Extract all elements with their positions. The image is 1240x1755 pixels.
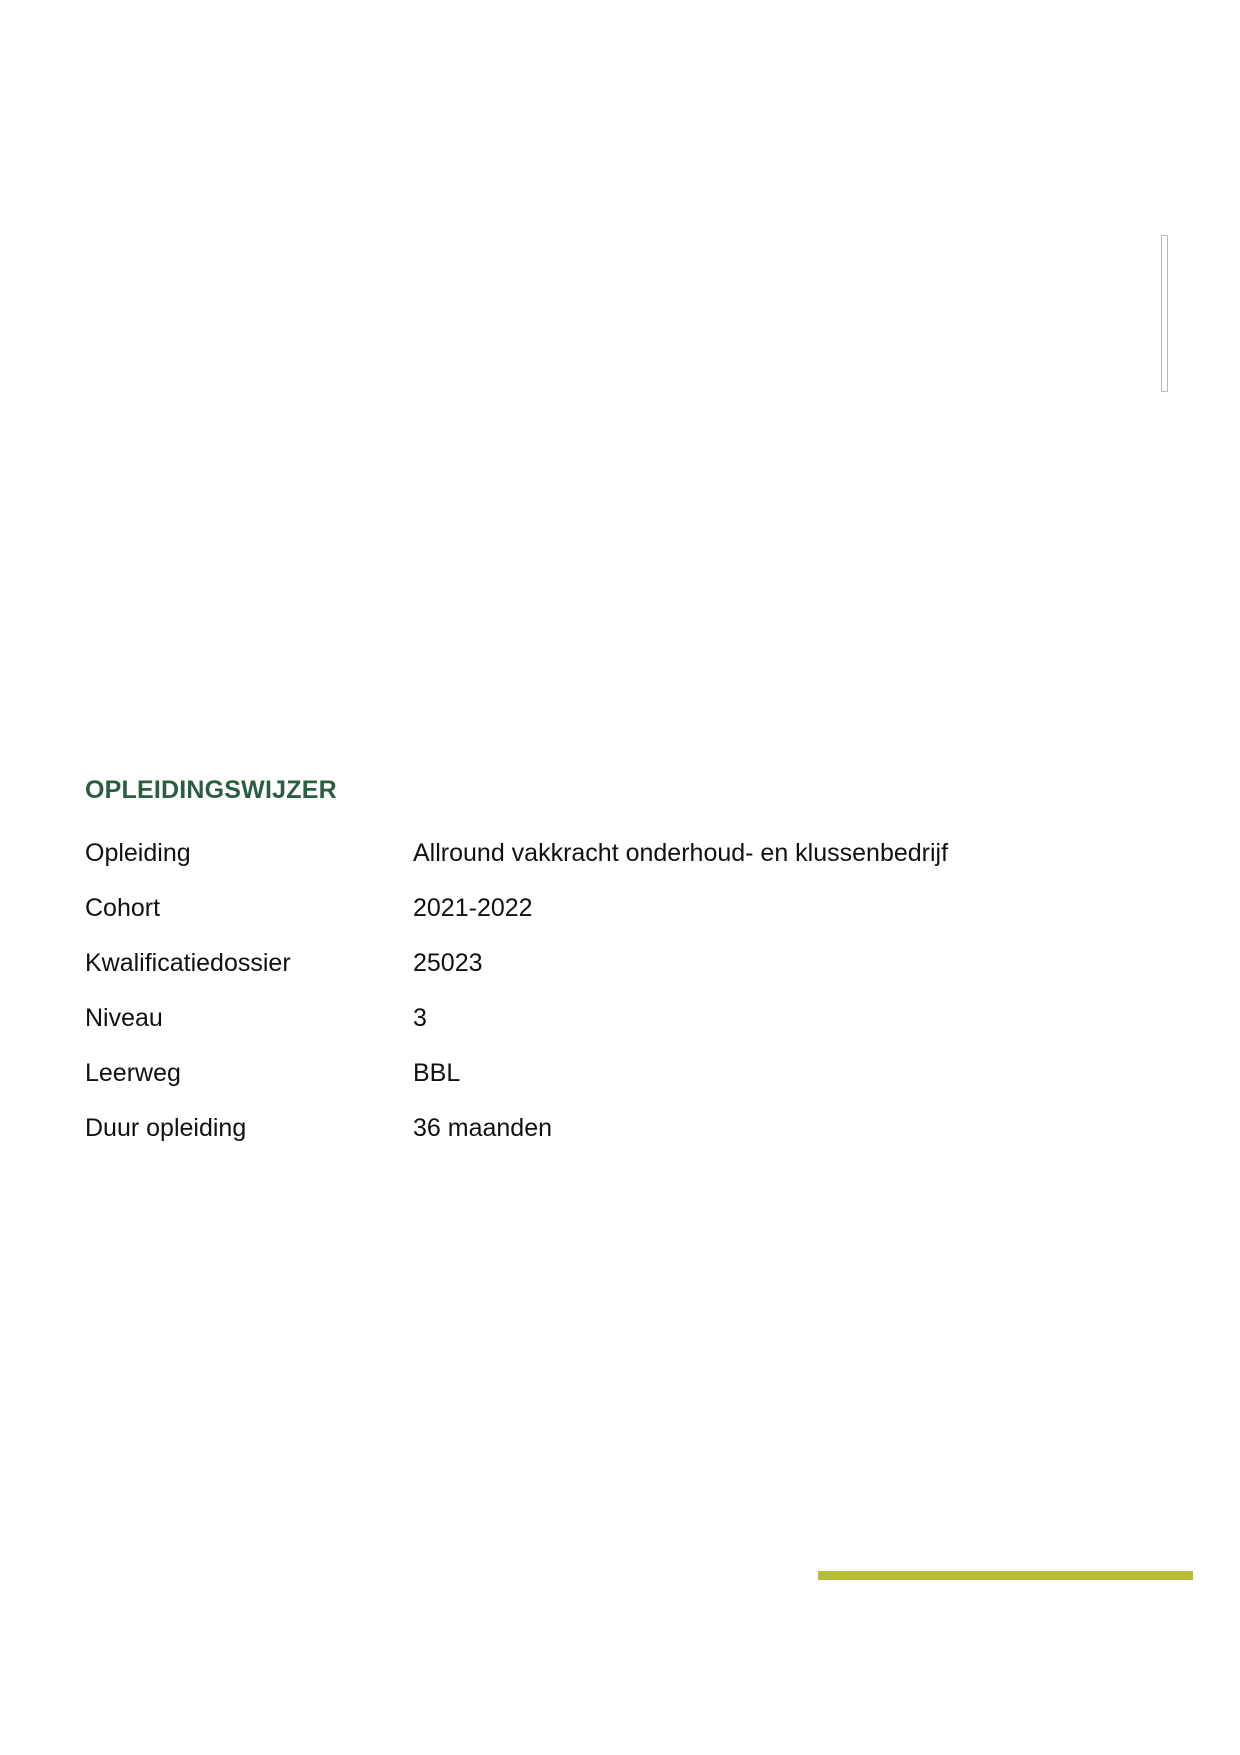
table-row: Opleiding Allround vakkracht onderhoud- … (85, 826, 948, 881)
row-value: Allround vakkracht onderhoud- en klussen… (413, 826, 948, 881)
side-marker (1161, 235, 1168, 392)
row-value: 36 maanden (413, 1101, 948, 1156)
row-label: Leerweg (85, 1046, 413, 1101)
table-row: Leerweg BBL (85, 1046, 948, 1101)
row-label: Duur opleiding (85, 1101, 413, 1156)
table-row: Cohort 2021-2022 (85, 881, 948, 936)
row-value: 2021-2022 (413, 881, 948, 936)
table-row: Duur opleiding 36 maanden (85, 1101, 948, 1156)
table-row: Niveau 3 (85, 991, 948, 1046)
row-label: Cohort (85, 881, 413, 936)
row-value: 25023 (413, 936, 948, 991)
row-value: BBL (413, 1046, 948, 1101)
accent-bar (818, 1571, 1193, 1580)
section-title: OPLEIDINGSWIJZER (85, 776, 337, 805)
table-row: Kwalificatiedossier 25023 (85, 936, 948, 991)
info-table: Opleiding Allround vakkracht onderhoud- … (85, 826, 948, 1156)
row-label: Opleiding (85, 826, 413, 881)
row-label: Niveau (85, 991, 413, 1046)
row-label: Kwalificatiedossier (85, 936, 413, 991)
row-value: 3 (413, 991, 948, 1046)
